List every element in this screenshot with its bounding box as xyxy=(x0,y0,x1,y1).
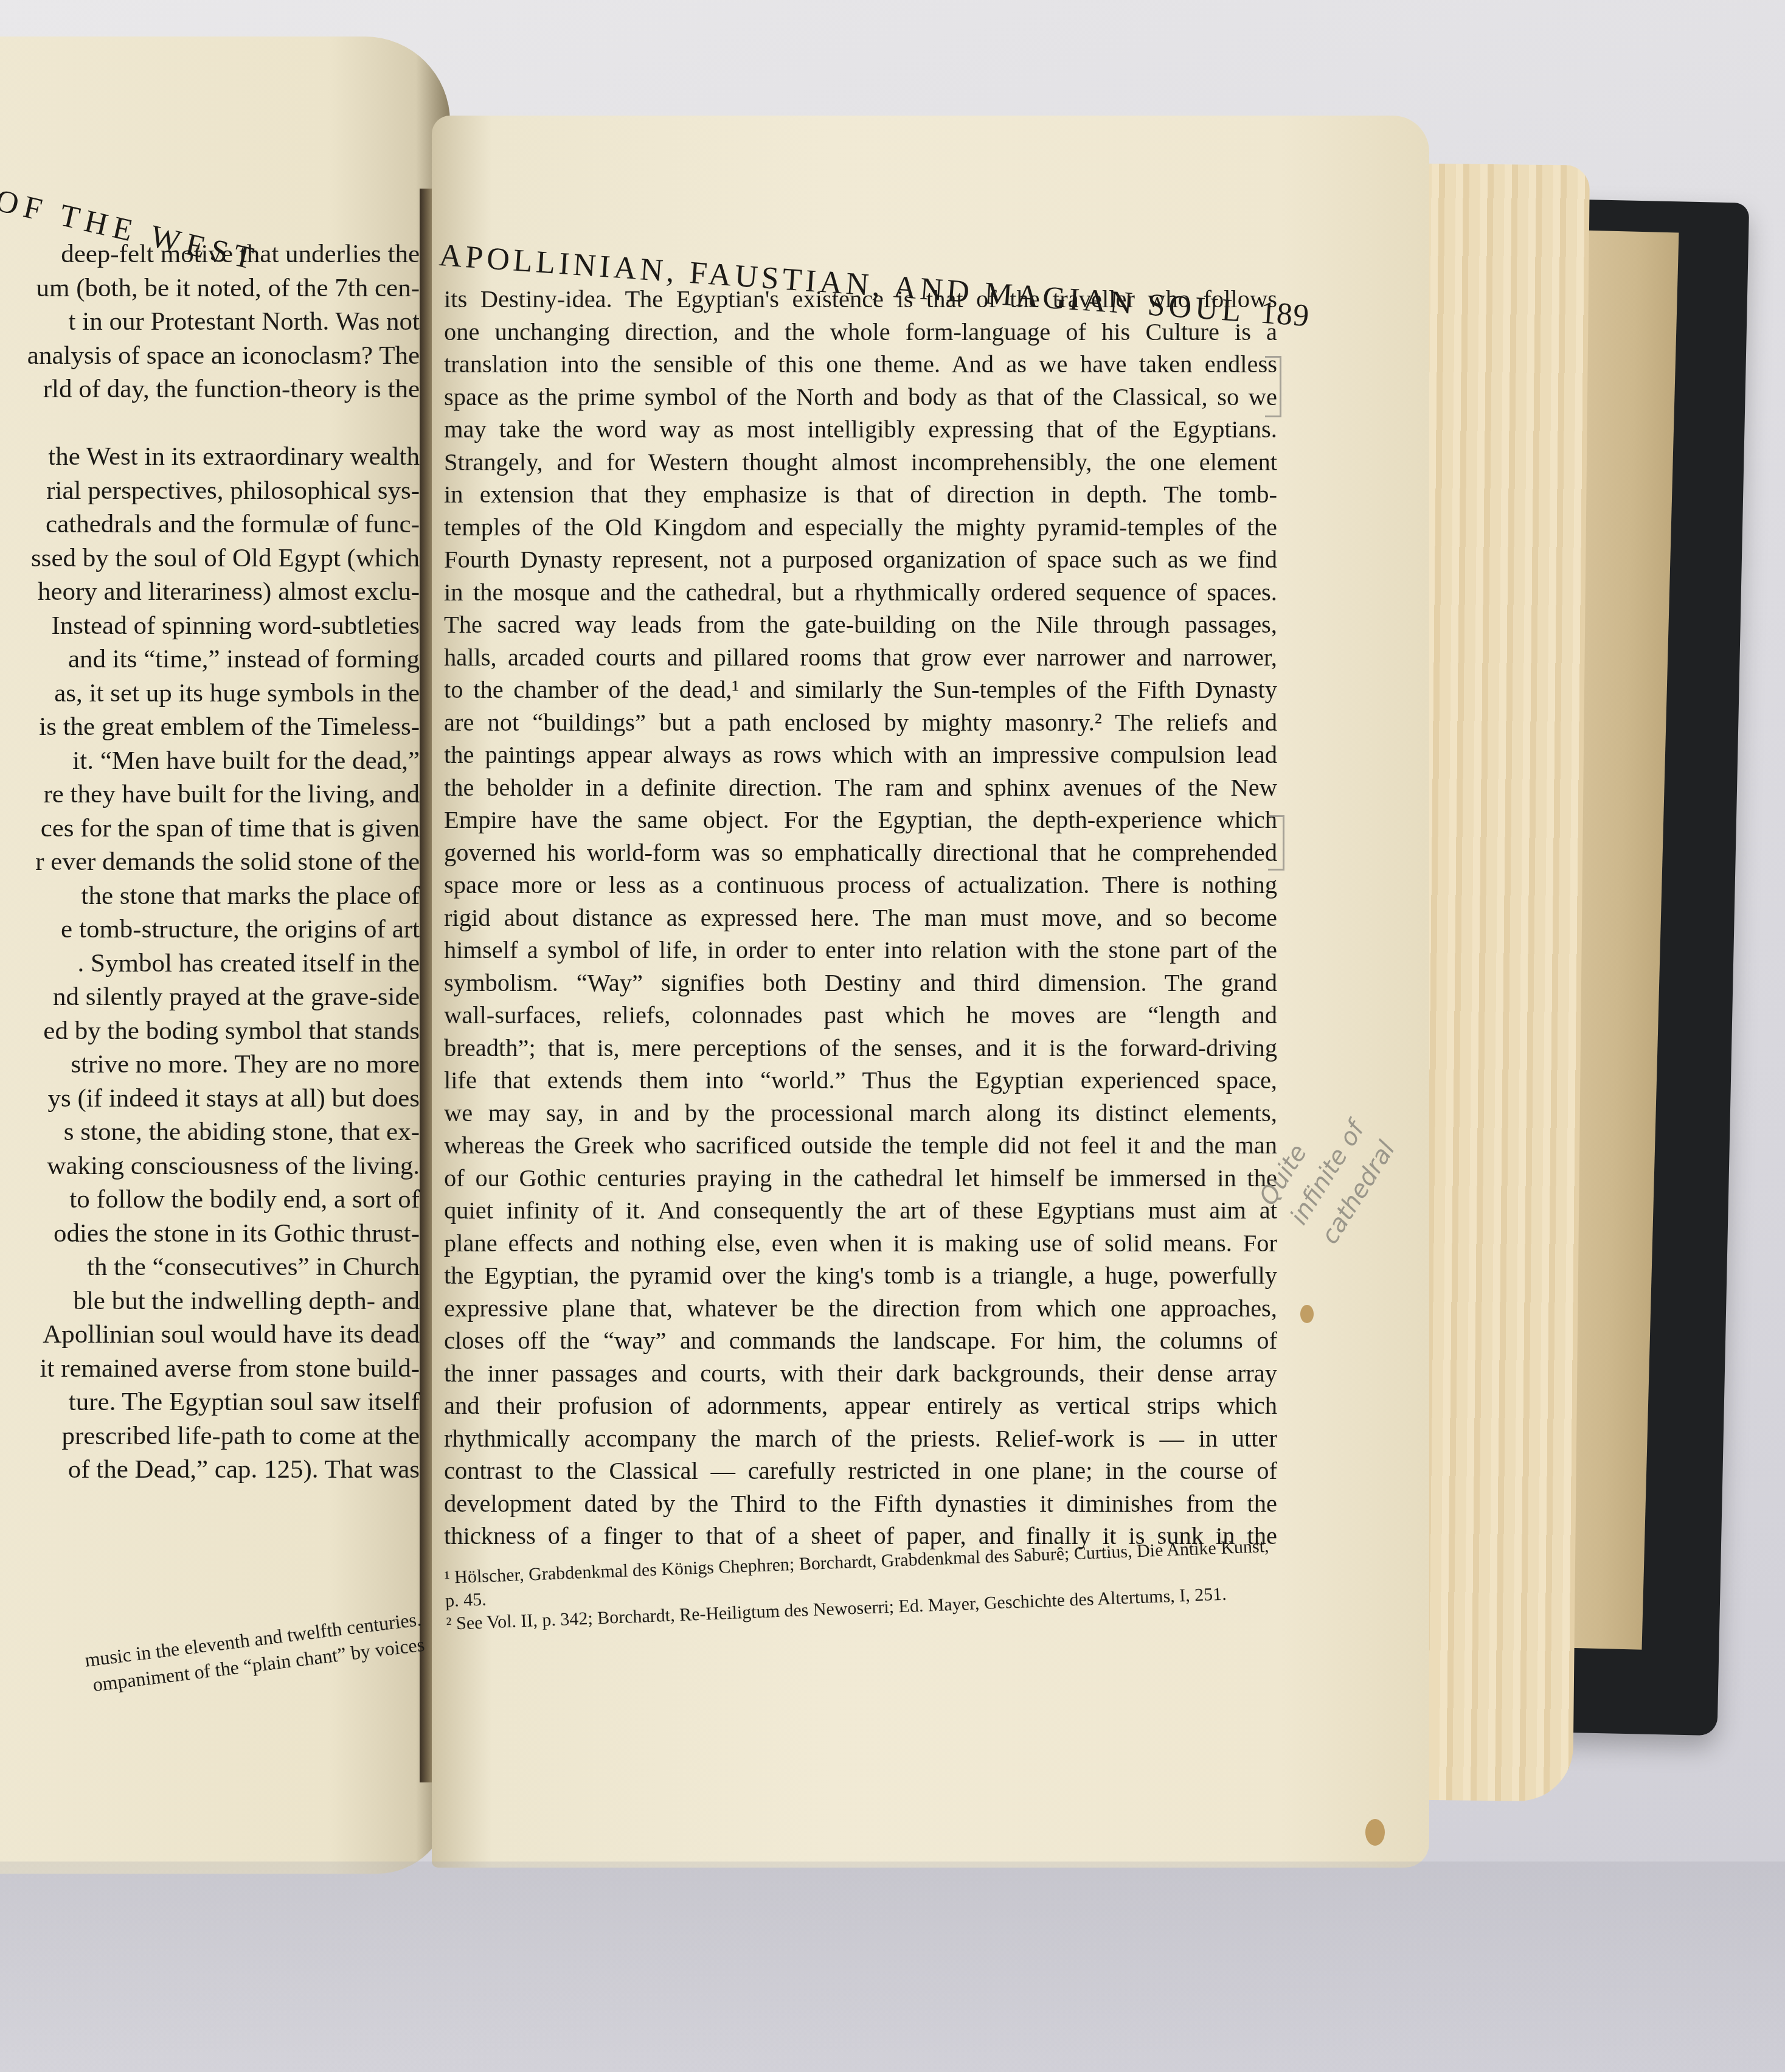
text-line: to the chamber of the dead,¹ and similar… xyxy=(444,673,1277,706)
text-line: analysis of space an iconoclasm? The xyxy=(0,339,420,373)
text-line: whereas the Greek who sacrificed outside… xyxy=(444,1129,1277,1162)
text-line: the beholder in a definite direction. Th… xyxy=(444,771,1277,804)
text-line: t in our Protestant North. Was not xyxy=(0,305,420,339)
text-line: of our Gothic centuries praying in the c… xyxy=(444,1162,1277,1195)
text-line xyxy=(0,406,420,440)
text-line: breadth”; that is, mere perceptions of t… xyxy=(444,1032,1277,1065)
text-line: r ever demands the solid stone of the xyxy=(0,845,420,879)
text-line: we may say, in and by the processional m… xyxy=(444,1097,1277,1130)
text-line: . Symbol has created itself in the xyxy=(0,947,420,981)
text-line: ble but the indwelling depth- and xyxy=(0,1284,420,1318)
text-line: translation into the sensible of this on… xyxy=(444,348,1277,381)
text-line: the inner passages and courts, with thei… xyxy=(444,1357,1277,1390)
text-line: Fourth Dynasty represent, not a purposed… xyxy=(444,543,1277,576)
text-line: re they have built for the living, and xyxy=(0,777,420,812)
text-line: it remained averse from stone build- xyxy=(0,1352,420,1386)
text-line: nd silently prayed at the grave-side xyxy=(0,980,420,1014)
text-line: symbolism. “Way” signifies both Destiny … xyxy=(444,967,1277,999)
text-line: in extension that they emphasize is that… xyxy=(444,478,1277,511)
pencil-bracket-mark xyxy=(1268,815,1284,871)
text-line: the paintings appear always as rows whic… xyxy=(444,739,1277,771)
text-line: in the mosque and the cathedral, but a r… xyxy=(444,576,1277,609)
text-line: may take the word way as most intelligib… xyxy=(444,413,1277,446)
text-line: deep-felt motive that underlies the xyxy=(0,237,420,271)
text-line: of the Dead,” cap. 125). That was xyxy=(0,1453,420,1487)
text-line: quiet infinity of it. And consequently t… xyxy=(444,1194,1277,1227)
text-line: the West in its extraordinary wealth xyxy=(0,440,420,474)
text-line: rigid about distance as expressed here. … xyxy=(444,902,1277,934)
left-page-text: deep-felt motive that underlies the um (… xyxy=(0,237,420,1487)
text-line: e tomb-structure, the origins of art xyxy=(0,913,420,947)
text-line: rhythmically accompany the march of the … xyxy=(444,1422,1277,1455)
text-line: th the “consecutives” in Church xyxy=(0,1250,420,1284)
table-surface xyxy=(0,1862,1785,2072)
text-line: its Destiny-idea. The Egyptian's existen… xyxy=(444,283,1277,316)
text-line: and its “time,” instead of forming xyxy=(0,642,420,676)
text-line: odies the stone in its Gothic thrust- xyxy=(0,1217,420,1251)
text-line: wall-surfaces, reliefs, colonnades past … xyxy=(444,999,1277,1032)
text-line: is the great emblem of the Timeless- xyxy=(0,710,420,744)
text-line: space as the prime symbol of the North a… xyxy=(444,381,1277,414)
text-line: himself a symbol of life, in order to en… xyxy=(444,934,1277,967)
text-line: Strangely, and for Western thought almos… xyxy=(444,446,1277,479)
text-line: ed by the boding symbol that stands xyxy=(0,1014,420,1048)
text-line: contrast to the Classical — carefully re… xyxy=(444,1455,1277,1487)
text-line: space more or less as a continuous proce… xyxy=(444,869,1277,902)
text-line: the Egyptian, the pyramid over the king'… xyxy=(444,1259,1277,1292)
text-line: Apollinian soul would have its dead xyxy=(0,1318,420,1352)
text-line: as, it set up its huge symbols in the xyxy=(0,676,420,711)
text-line: ture. The Egyptian soul saw itself xyxy=(0,1385,420,1419)
text-line: temples of the Old Kingdom and especiall… xyxy=(444,511,1277,544)
text-line: strive no more. They are no more xyxy=(0,1048,420,1082)
text-line: and their profusion of adornments, appea… xyxy=(444,1389,1277,1422)
text-line: um (both, be it noted, of the 7th cen- xyxy=(0,271,420,305)
text-line: cathedrals and the formulæ of func- xyxy=(0,507,420,541)
text-line: Instead of spinning word-subtleties xyxy=(0,609,420,643)
text-line: to follow the bodily end, a sort of xyxy=(0,1183,420,1217)
text-line: expressive plane that, whatever be the d… xyxy=(444,1292,1277,1325)
text-line: heory and literariness) almost exclu- xyxy=(0,575,420,609)
text-line: it. “Men have built for the dead,” xyxy=(0,744,420,778)
text-line: Empire have the same object. For the Egy… xyxy=(444,804,1277,836)
right-page-text: its Destiny-idea. The Egyptian's existen… xyxy=(444,283,1277,1552)
text-line: plane effects and nothing else, even whe… xyxy=(444,1227,1277,1260)
text-line: are not “buildings” but a path enclosed … xyxy=(444,706,1277,739)
text-line: ssed by the soul of Old Egypt (which xyxy=(0,541,420,575)
foxing-stain xyxy=(1365,1819,1385,1846)
text-line: rial perspectives, philosophical sys- xyxy=(0,474,420,508)
text-line: development dated by the Third to the Fi… xyxy=(444,1487,1277,1520)
foxing-stain xyxy=(1300,1305,1314,1323)
text-line: halls, arcaded courts and pillared rooms… xyxy=(444,641,1277,674)
text-line: waking consciousness of the living. xyxy=(0,1149,420,1183)
text-line: ces for the span of time that is given xyxy=(0,812,420,846)
pencil-bracket-mark xyxy=(1265,356,1281,417)
text-line: governed his world-form was so emphatica… xyxy=(444,836,1277,869)
text-line: the stone that marks the place of xyxy=(0,879,420,913)
text-line: rld of day, the function-theory is the xyxy=(0,372,420,406)
text-line: life that extends them into “world.” Thu… xyxy=(444,1064,1277,1097)
text-line: The sacred way leads from the gate-build… xyxy=(444,608,1277,641)
text-line: one unchanging direction, and the whole … xyxy=(444,316,1277,349)
text-line: prescribed life-path to come at the xyxy=(0,1419,420,1453)
text-line: s stone, the abiding stone, that ex- xyxy=(0,1115,420,1149)
text-line: ys (if indeed it stays at all) but does xyxy=(0,1082,420,1116)
text-line: closes off the “way” and commands the la… xyxy=(444,1324,1277,1357)
